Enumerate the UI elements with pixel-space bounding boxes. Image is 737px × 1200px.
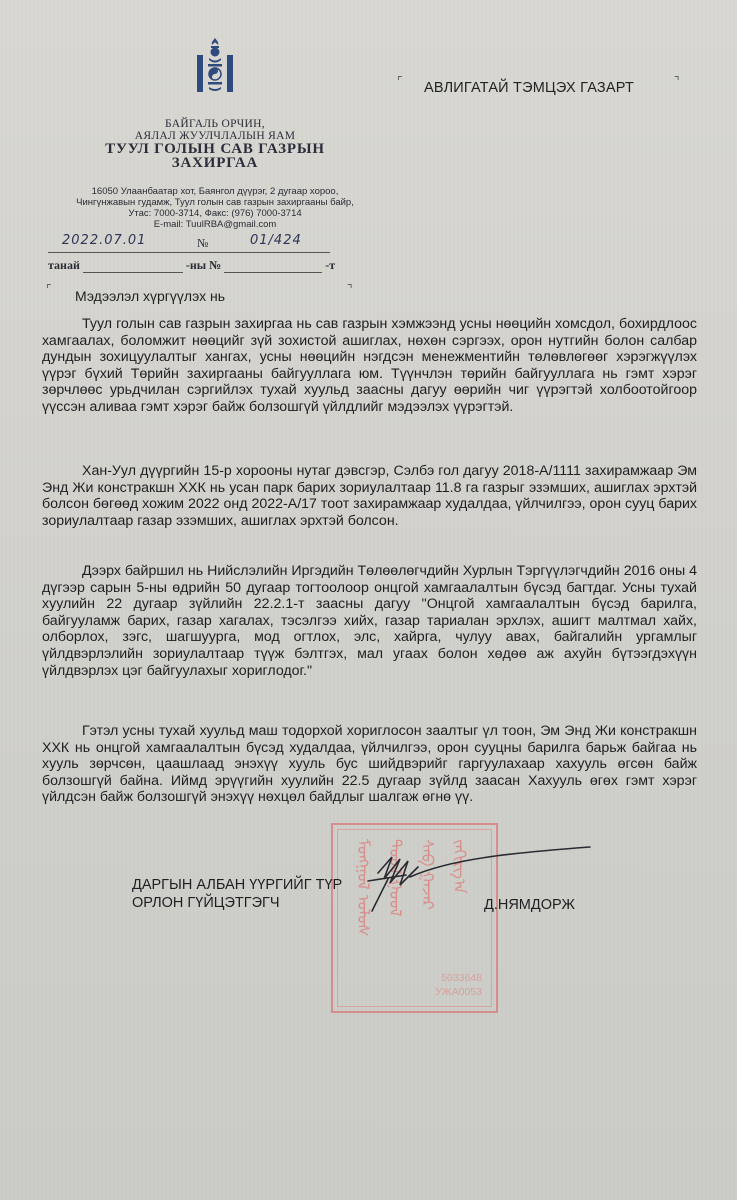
- corner-mark-left: ⌜: [397, 74, 403, 88]
- addressee: АВЛИГАТАЙ ТЭМЦЭХ ГАЗАРТ: [424, 80, 634, 96]
- reply-mid: -ны №: [186, 258, 221, 272]
- agency-name-line1: ТУУЛ ГОЛЫН САВ ГАЗРЫН: [40, 142, 390, 156]
- reply-prefix: танай: [48, 258, 80, 272]
- agency-name-line2: ЗАХИРГАА: [40, 156, 390, 170]
- subject-line: Мэдээлэл хүргүүлэх нь: [75, 288, 225, 304]
- organization-header: БАЙГАЛЬ ОРЧИН, АЯЛАЛ ЖУУЛЧЛАЛЫН ЯАМ ТУУЛ…: [40, 118, 390, 170]
- body-paragraph: Хан-Уул дүүргийн 15-р хорооны нутаг дэвс…: [42, 463, 697, 529]
- organization-address: 16050 Улаанбаатар хот, Баянгол дүүрэг, 2…: [40, 186, 390, 230]
- stamp-code: УЖА0053: [333, 986, 496, 998]
- soyombo-emblem-icon: [195, 36, 235, 94]
- address-line2: Чингүнжавын гудамж, Туул голын сав газры…: [40, 197, 390, 208]
- stamp-number: 5033648: [333, 972, 496, 984]
- reply-suffix: -т: [325, 258, 335, 272]
- body-paragraph: Гэтэл усны тухай хуульд маш тодорхой хор…: [42, 723, 697, 806]
- handwritten-signature: [360, 845, 600, 925]
- letter-date: 2022.07.01: [62, 233, 146, 248]
- letter-number: 01/424: [250, 233, 302, 248]
- signatory-title: ДАРГЫН АЛБАН ҮҮРГИЙГ ТҮР ОРЛОН ГҮЙЦЭТГЭГ…: [132, 876, 342, 912]
- phone-fax: Утас: 7000-3714, Факс: (976) 7000-3714: [40, 208, 390, 219]
- corner-mark-left: ⌜: [46, 282, 52, 296]
- ministry-name-line1: БАЙГАЛЬ ОРЧИН,: [40, 118, 390, 130]
- address-line1: 16050 Улаанбаатар хот, Баянгол дүүрэг, 2…: [40, 186, 390, 197]
- email: E-mail: TuulRBA@gmail.com: [40, 219, 390, 230]
- reply-number-blank: [224, 272, 322, 273]
- reply-date-blank: [83, 272, 183, 273]
- reply-reference-line: танай -ны № -т: [48, 258, 348, 272]
- number-label: №: [197, 236, 208, 251]
- body-paragraph: Туул голын сав газрын захиргаа нь сав га…: [42, 316, 697, 416]
- corner-mark-right: ⌝: [674, 74, 680, 88]
- body-paragraph: Дээрх байршил нь Нийслэлийн Иргэдийн Төл…: [42, 563, 697, 679]
- corner-mark-right: ⌝: [347, 282, 353, 296]
